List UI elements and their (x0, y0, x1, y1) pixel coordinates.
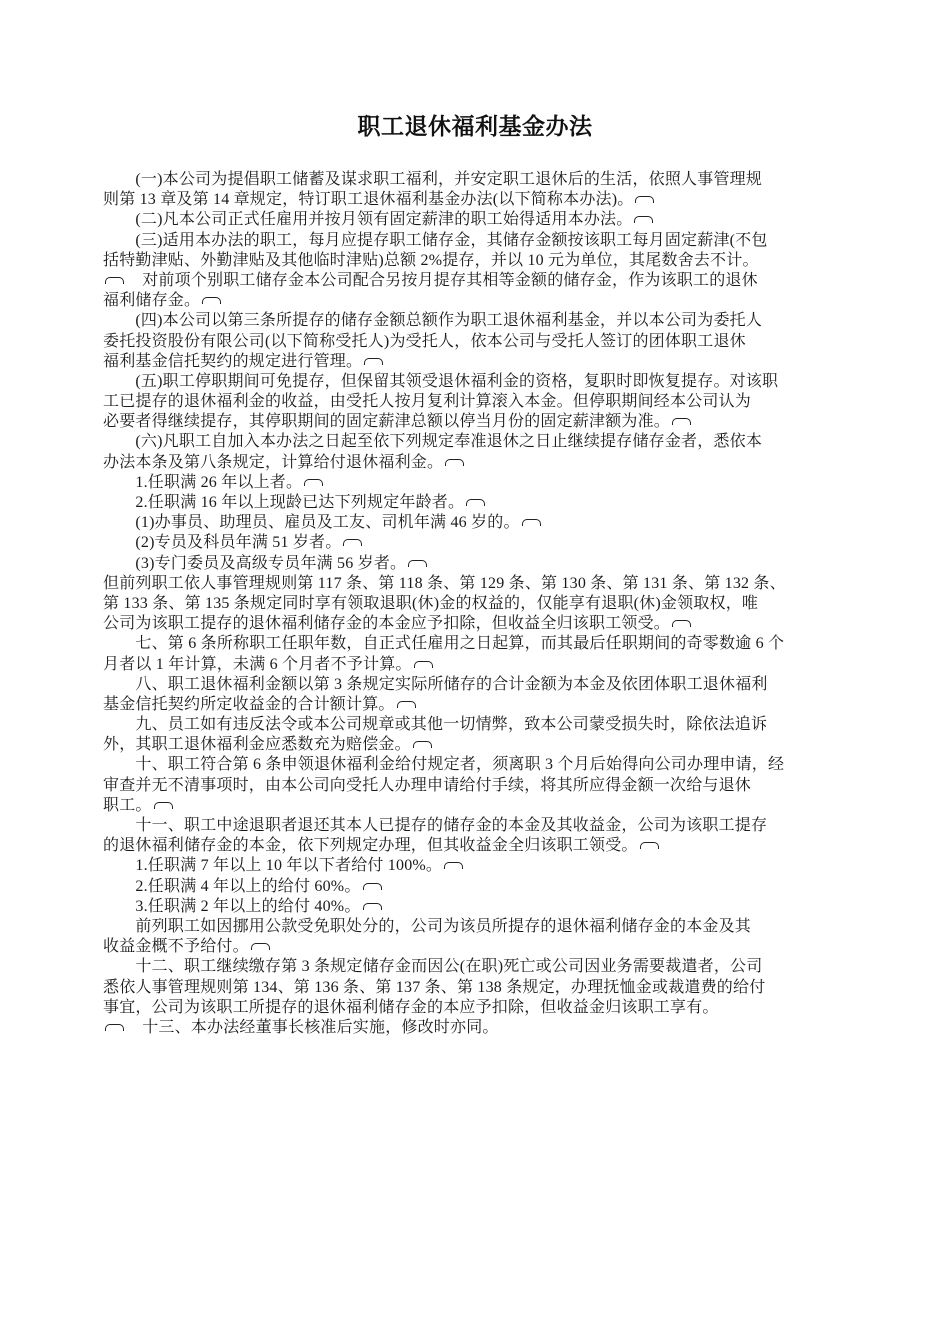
text-line: 八、职工退休福利金额以第 3 条规定实际所储存的合计金额为本金及依团体职工退休福… (103, 675, 850, 695)
document-page: 职工退休福利基金办法 (一)本公司为提倡职工储蓄及谋求职工福利，并安定职工退休后… (0, 0, 950, 1344)
paragraph-mark-icon (154, 802, 173, 809)
text-line: (3)专门委员及高级专员年满 56 岁者。 (103, 554, 850, 574)
paragraph-mark-icon (105, 277, 124, 284)
text-line: 必要者得继续提存，其停职期间的固定薪津总额以停当月份的固定薪津额为准。 (103, 412, 850, 432)
paragraph-mark-icon (522, 519, 541, 526)
paragraph-mark-icon (408, 560, 427, 567)
text-line: 办法本条及第八条规定，计算给付退休福利金。 (103, 453, 850, 473)
text-line: (六)凡职工自加入本办法之日起至依下列规定奉准退休之日止继续提存储存金者，悉依本 (103, 432, 850, 452)
text-line: 悉依人事管理规则第 134、第 136 条、第 137 条、第 138 条规定，… (103, 978, 850, 998)
text-line: 1.任职满 7 年以上 10 年以下者给付 100%。 (103, 856, 850, 876)
paragraph-mark-icon (445, 459, 464, 466)
text-line: 收益金概不予给付。 (103, 937, 850, 957)
text-line: 公司为该职工提存的退休福利储存金的本金应予扣除，但收益全归该职工领受。 (103, 614, 850, 634)
paragraph-mark-icon (414, 661, 433, 668)
paragraph-mark-icon (304, 479, 323, 486)
text-line: 委托投资股份有限公司(以下简称受托人)为受托人，依本公司与受托人签订的团体职工退… (103, 332, 850, 352)
paragraph-mark-icon (363, 883, 382, 890)
text-line: 括特勤津贴、外勤津贴及其他临时津贴)总额 2%提存，并以 10 元为单位，其尾数… (103, 251, 850, 271)
paragraph-mark-icon (634, 216, 653, 223)
text-line: 1.任职满 26 年以上者。 (103, 473, 850, 493)
text-line: 十一、职工中途退职者退还其本人已提存的储存金的本金及其收益金，公司为该职工提存 (103, 816, 850, 836)
paragraph-mark-icon (444, 862, 463, 869)
text-line: 月者以 1 年计算，未满 6 个月者不予计算。 (103, 655, 850, 675)
text-line: 但前列职工依人事管理规则第 117 条、第 118 条、第 129 条、第 13… (103, 574, 850, 594)
paragraph-mark-icon (251, 943, 270, 950)
text-line: (二)凡本公司正式任雇用并按月领有固定薪津的职工始得适用本办法。 (103, 210, 850, 230)
paragraph-mark-icon (635, 196, 654, 203)
text-line: 2.任职满 16 年以上现龄已达下列规定年龄者。 (103, 493, 850, 513)
text-line: 的退休福利储存金的本金，依下列规定办理，但其收益金全归该职工领受。 (103, 836, 850, 856)
paragraph-mark-icon (413, 741, 432, 748)
paragraph-mark-icon (397, 701, 416, 708)
paragraph-mark-icon (640, 842, 659, 849)
paragraph-mark-icon (672, 620, 691, 627)
document-body: (一)本公司为提倡职工储蓄及谋求职工福利，并安定职工退休后的生活，依照人事管理规… (103, 170, 850, 1038)
document-title: 职工退休福利基金办法 (0, 111, 950, 141)
text-line: 审查并无不清事项时，由本公司向受托人办理申请给付手续，将其所应得金额一次给与退休 (103, 776, 850, 796)
text-line: 对前项个别职工储存金本公司配合另按月提存其相等金额的储存金，作为该职工的退休 (103, 271, 850, 291)
text-line: 3.任职满 2 年以上的给付 40%。 (103, 897, 850, 917)
text-line: (2)专员及科员年满 51 岁者。 (103, 533, 850, 553)
text-line: 十三、本办法经董事长核准后实施，修改时亦同。 (103, 1018, 850, 1038)
text-line: (三)适用本办法的职工，每月应提存职工储存金，其储存金额按该职工每月固定薪津(不… (103, 231, 850, 251)
text-line: 九、员工如有违反法令或本公司规章或其他一切情弊，致本公司蒙受损失时，除依法追诉 (103, 715, 850, 735)
text-line: 2.任职满 4 年以上的给付 60%。 (103, 877, 850, 897)
paragraph-mark-icon (364, 358, 383, 365)
text-line: (一)本公司为提倡职工储蓄及谋求职工福利，并安定职工退休后的生活，依照人事管理规 (103, 170, 850, 190)
text-line: (五)职工停职期间可免提存，但保留其领受退休福利金的资格，复职时即恢复提存。对该… (103, 372, 850, 392)
paragraph-mark-icon (363, 903, 382, 910)
text-line: 第 133 条、第 135 条规定同时享有领取退职(休)金的权益的，仅能享有退职… (103, 594, 850, 614)
text-line: 职工。 (103, 796, 850, 816)
paragraph-mark-icon (105, 1024, 124, 1031)
text-line: (1)办事员、助理员、雇员及工友、司机年满 46 岁的。 (103, 513, 850, 533)
text-line: 福利储存金。 (103, 291, 850, 311)
text-line: 十二、职工继续缴存第 3 条规定储存金而因公(在职)死亡或公司因业务需要裁遣者，… (103, 957, 850, 977)
text-line: 前列职工如因挪用公款受免职处分的，公司为该员所提存的退休福利储存金的本金及其 (103, 917, 850, 937)
text-line: (四)本公司以第三条所提存的储存金额总额作为职工退休福利基金，并以本公司为委托人 (103, 311, 850, 331)
text-line: 工已提存的退休福利金的收益，由受托人按月复利计算滚入本金。但停职期间经本公司认为 (103, 392, 850, 412)
paragraph-mark-icon (466, 499, 485, 506)
paragraph-mark-icon (672, 418, 691, 425)
text-line: 则第 13 章及第 14 章规定，特订职工退休福利基金办法(以下简称本办法)。 (103, 190, 850, 210)
text-line: 福利基金信托契约的规定进行管理。 (103, 352, 850, 372)
text-line: 十、职工符合第 6 条申领退休福利金给付规定者，须离职 3 个月后始得向公司办理… (103, 755, 850, 775)
paragraph-mark-icon (202, 297, 221, 304)
text-line: 七、第 6 条所称职工任职年数，自正式任雇用之日起算，而其最后任职期间的奇零数逾… (103, 634, 850, 654)
paragraph-mark-icon (343, 539, 362, 546)
text-line: 事宜，公司为该职工所提存的退休福利储存金的本应予扣除，但收益金归该职工享有。 (103, 998, 850, 1018)
text-line: 基金信托契约所定收益金的合计额计算。 (103, 695, 850, 715)
text-line: 外，其职工退休福利金应悉数充为赔偿金。 (103, 735, 850, 755)
